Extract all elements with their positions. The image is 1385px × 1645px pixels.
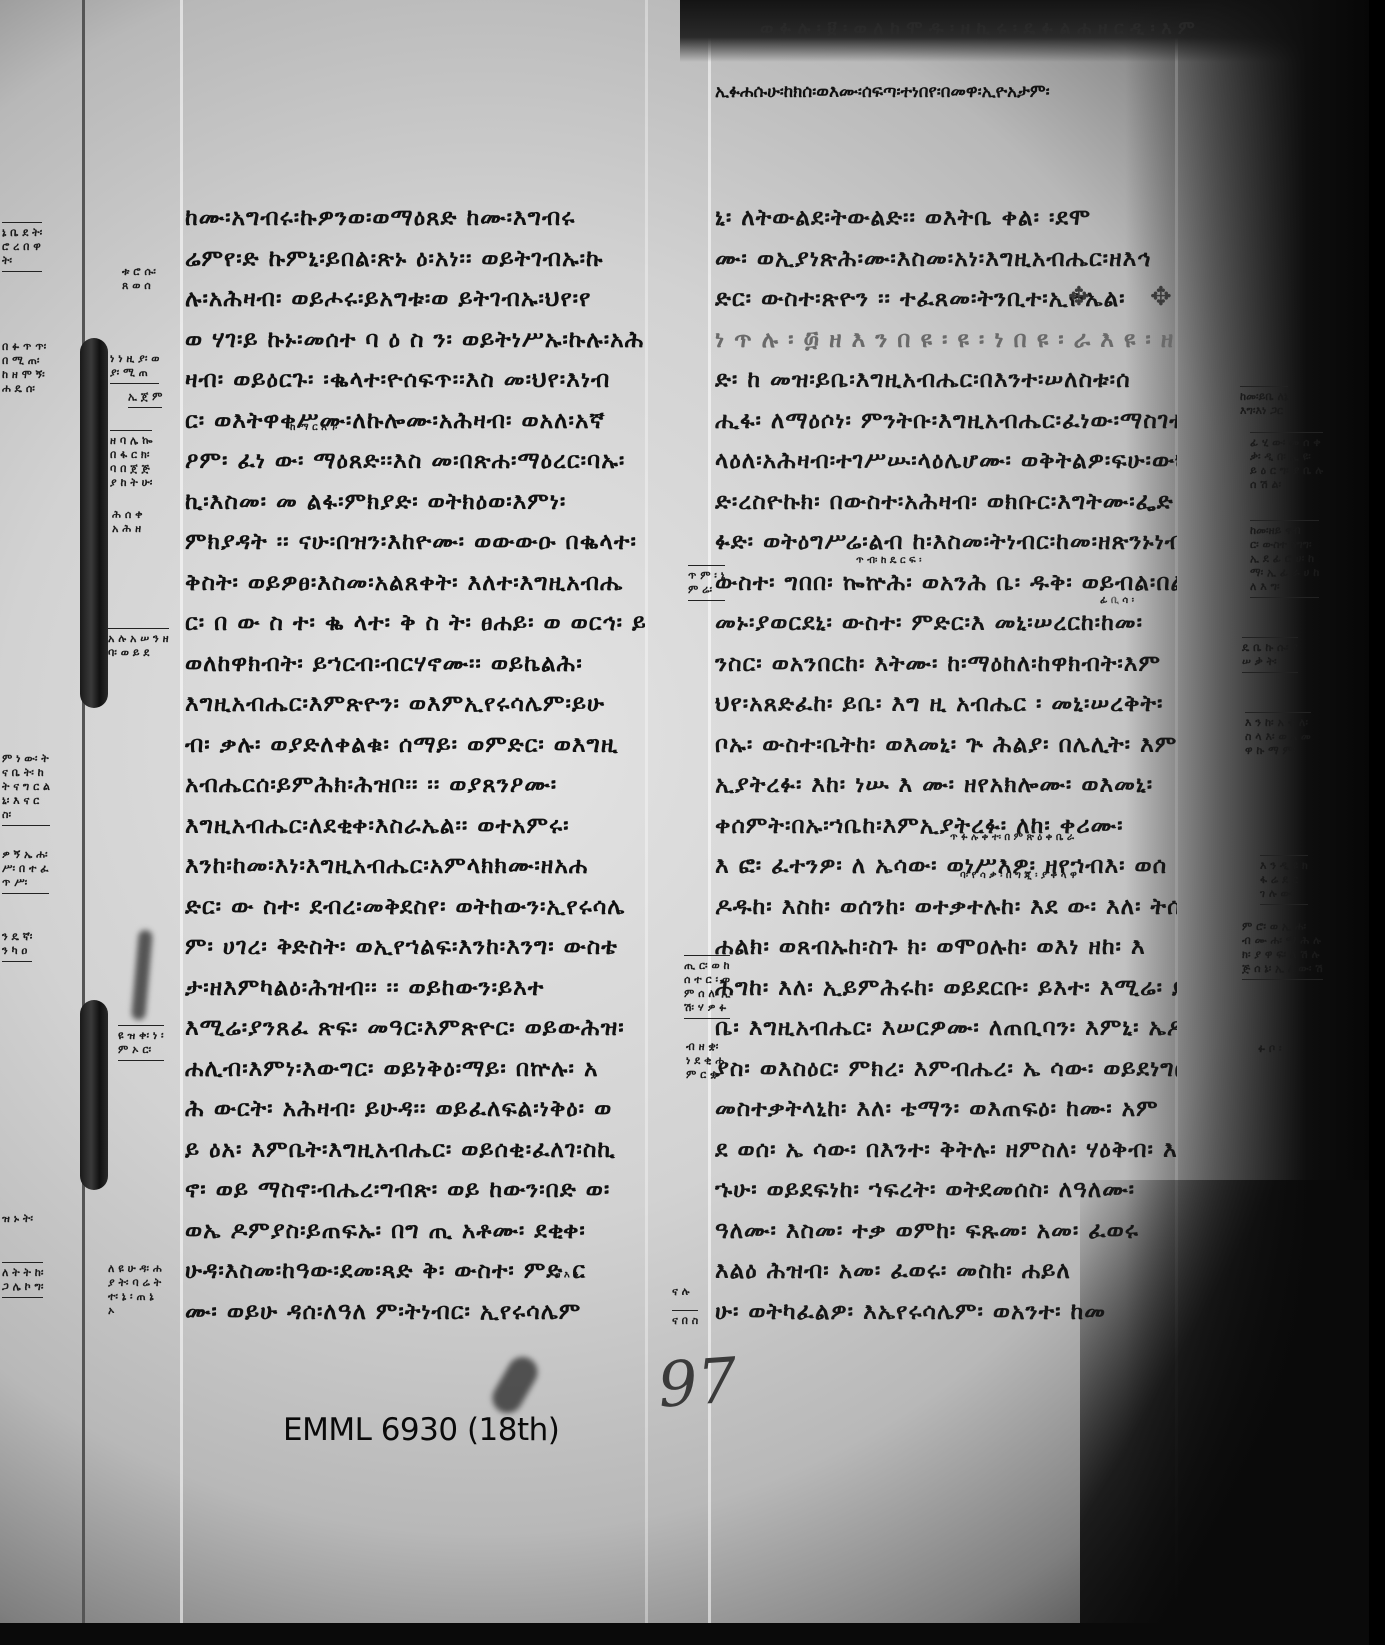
text-line: ድር፡ ው ስተ፡ ደብረ፡መቅደስየ፡ ወትከውን፡ኢየሩሳሌ (185, 887, 645, 928)
ruling-line (645, 0, 648, 1640)
marginal-note: ና በ ስ (672, 1310, 698, 1328)
text-line: ድ፡ ከ መዝ፡ይቤ፡እግዚአብሔር፡በእንተ፡ሠለስቱ፡ሰ (715, 360, 1177, 401)
text-line: ር፡ በ ው ስ ተ፡ ቈ ላተ፡ ቅ ስ ት፡ ፀሐይ፡ ወ ወርኅ፡ ይጸል… (185, 603, 645, 644)
folio-number: 97 (656, 1343, 740, 1421)
marginal-note: ነ ነ ዚ ያ፡ ወ ያ፡ ሚ ጠ (110, 352, 159, 384)
marginal-note: በ ፉ ጥ ጥ፡ በ ሚ ጠ፡ ከ ዘ ሞ ኝ፡ ሐ ዴ ሰ፡ (2, 340, 46, 396)
text-line: ዓለሙ፡ እስመ፡ ተቃ ወምከ፡ ፍጹመ፡ አመ፡ ፈወሩ (715, 1211, 1177, 1252)
text-line: ፉድ፡ ወትዕግሥሬ፡ልብ ከ፡እስመ፡ትነብር፡ከመ፡ዘጽንኑነብር፡ (715, 522, 1177, 563)
interlinear-gloss: ፊ ቢ ሳ ፡ (1100, 595, 1134, 606)
text-line: ሉ፡አሕዛብ፡ ወይሖሩ፡ይአግቱ፡ወ ይትገብኡ፡ህየ፡የ (185, 279, 645, 320)
manuscript-page: ወ ፉ ሉ ፡ ፱ ፡ ወ ለ ከ ሞ ዱ ፡ ዘ ኪ ሩ ፡ ዴ ፉ ል ሐ … (0, 0, 1385, 1645)
text-line: መስተቃትላኒከ፡ እለ፡ ቴማን፡ ወእጠፍዕ፡ ከሙ፡ አም (715, 1089, 1177, 1130)
text-line: ወኤ ዶምያስ፡ይጠፍኡ፡ በግ ጢ አቶሙ፡ ደቂቀ፡ (185, 1211, 645, 1252)
text-line: መኑ፡ያወርደኒ፡ ውስተ፡ ምድር፡እ መኒ፡ሠረርከ፡ከመ፡ (715, 603, 1177, 644)
text-line: ምክያዳት ፡፡ ናሁ፡በዝን፡እከዮሙ፡ ወውውዑ በቈላተ፡ (185, 522, 645, 563)
text-line: ኁሁ፡ ወይደፍነከ፡ ኀፍረት፡ ወትደመሰስ፡ ለዓለሙ፡ (715, 1170, 1177, 1211)
cross-ornament-icon: ✥ (1150, 282, 1172, 312)
marginal-note: ለ ት ት ከ፡ ጋ ሌ ኮ ግ፡ (2, 1262, 43, 1298)
text-line: ኪ፡እስመ፡ መ ልፋ፡ምክያድ፡ ወትክዕወ፡እምነ፡ (185, 482, 645, 523)
ink-stain (487, 1352, 543, 1419)
marginal-note: ከመ፡ዘይ ኖብ ር፡ ውስተ ዕግግ፡ ኢ ደ ፊ ሮ ሀ፡ ከ ማ፡ ኢ ፊ… (1250, 520, 1319, 598)
text-line: ም፡ ሀገረ፡ ቅድስት፡ ወኢየኀልፍ፡እንከ፡እንግ፡ ውስቴ (185, 927, 645, 968)
text-line: እንከ፡ከመ፡እነ፡እግዚአብሔር፡አምላክክሙ፡ዘአሐ (185, 846, 645, 887)
gutter-fold (82, 0, 85, 1640)
text-line: እልዕ ሕዝብ፡ አመ፡ ፈወሩ፡ መስከ፡ ሐይለ (715, 1251, 1177, 1292)
text-line: ሕ ውርት፡ አሕዛብ፡ ይሁዳ፡፡ ወይፈለፍል፡ነቅዕ፡ ወ (185, 1089, 645, 1130)
marginal-note: ፉ ቦ ፡ (1258, 1042, 1282, 1056)
marginal-note: ሕ ሰ ቀ አ ሕ ዘ (112, 508, 143, 536)
interlinear-gloss: ጥ ፉ ሉ ቀ ተ፡ በ ም ጽ ዕ ቀ ቤ ራ (950, 832, 1074, 843)
shelfmark-caption: EMML 6930 (18th) (283, 1412, 559, 1448)
bottom-edge (0, 1623, 1385, 1645)
text-line: አብሔርሰ፡ይምሕክ፡ሕዝቦ፡፡ ፡፡ ወያጸንዖሙ፡ (185, 765, 645, 806)
text-line: እ ፎ፡ ፈተንዎ፡ ለ ኤሳው፡ ወነሥእዎ፡ ዘየኀብእ፡ ወሰ (715, 846, 1177, 887)
text-line: ዶዱከ፡ እስከ፡ ወሰንከ፡ ወተቃተሉከ፡ እደ ው፡ እለ፡ ትሰ (715, 887, 1177, 928)
text-line: ሁ፡ ወትካፈልዎ፡ እኤየሩሳሌም፡ ወአንተ፡ ከመ (715, 1292, 1177, 1333)
marginal-note: ዩ ዝ ቀ፡ ነ ፡ ም ኦ ር፡ (118, 1025, 164, 1061)
text-line: ሐሊብ፡እምነ፡እውግር፡ ወይነቅዕ፡ማይ፡ በኵሉ፡ አ (185, 1049, 645, 1090)
right-edge (1369, 0, 1385, 1645)
text-line: ወለከዋክብት፡ ይኀርብ፡ብርሃኖሙ፡፡ ወይኬልሕ፡ (185, 644, 645, 685)
text-line: ሙ፡ ወይሁ ዳሰ፡ለዓለ ም፡ትነብር፡ ኢየሩሳሌም (185, 1292, 645, 1333)
marginal-note: እ ን ከ፡ አ ቀ ለ፡ ስ ላ እ፡ ወ እ መ ዋ ኩ ማ ም፡ (1245, 712, 1311, 758)
text-line: ሬምየ፡ድ ኩምኒ፡ይበል፡ጽኑ ዕ፡አነ፡፡ ወይትገብኡ፡ኩ (185, 239, 645, 280)
text-line: ይ ዕአ፡ እምቤት፡እግዚአብሔር፡ ወይሰቂ፡ፈለገ፡ስኪ (185, 1130, 645, 1171)
marginal-note: ዝ ኑ ት፡ (2, 1212, 33, 1226)
top-cut-line: ወ ፉ ሉ ፡ ፱ ፡ ወ ለ ከ ሞ ዱ ፡ ዘ ኪ ሩ ፡ ዴ ፉ ል ሐ … (760, 18, 1195, 39)
text-line: ላዕለ፡አሕዛብ፡ተገሥሡ፡ላዕሌሆሙ፡ ወቅትልዎ፡ፍሁ፡ውህ (715, 441, 1177, 482)
marginal-note: ዎ ኝ ኤ ሐ፡ ሥ፡ በ ተ ፈ ጥ ሥ፡ (2, 848, 49, 894)
marginal-note: ም ነ ው፡ ት ና ቤ ት፡ ከ ት ና ግ ር ል ኒ፡ እ ና ር ስ፡ (2, 752, 50, 826)
text-line: ደ ወሰ፡ ኤ ሳው፡ በእንተ፡ ቅትሉ፡ ዘምስለ፡ ሃዕቅብ፡ እ (715, 1130, 1177, 1171)
text-line: ኖ፡ ወይ ማስኖ፡ብሔረ፡ግብጽ፡ ወይ ከውን፡በድ ወ፡ (185, 1170, 645, 1211)
left-text-column: ከሙ፡አግብሩ፡ኩዎንወ፡ወማዕጸድ ከሙ፡እግብሩ ሬምየ፡ድ ኩምኒ፡ይበል… (185, 198, 645, 1332)
binding-stitch (80, 338, 108, 708)
interlinear-gloss: ዐ እ ን (555, 1270, 579, 1281)
marginal-note: ቱ ሮ ሱ፡ ጸ ወ ሰ (122, 265, 156, 293)
cross-ornament-icon: ✥ (1068, 282, 1090, 312)
text-line: ሒፋ፡ ለማዕሶነ፡ ምንትቡ፡እግዚአብሔር፡ፈነው፡ማስገተ፡ (715, 401, 1177, 442)
text-line: ር፡ ወእትዋቀሥሙ፡ለኩሎሙ፡አሕዛብ፡ ወአለ፡አኛ (185, 401, 645, 442)
marginal-note: ዘ ባ ሌ ኰ በ ፋ ር ክ፡ ባ በ ጀ ጅ ያ ከ ት ሁ፡ (110, 430, 152, 490)
marginal-note: ዴ ቤ ኩ ሱ፡ የ ሠ ቃ ት፡ (1242, 637, 1298, 673)
text-line: ብ፡ ቃሉ፡ ወያድለቀልቁ፡ ሰማይ፡ ወምድር፡ ወእግዚ (185, 725, 645, 766)
interlinear-gloss: ባ፡ የ ሳ ቃ ፡ በ ግ ጂ ፡ ያ ቀ ላ ዋ (960, 870, 1077, 881)
marginal-note: ኢ ጀ ም (128, 390, 162, 408)
marginal-note: ን ዴ ኛ፡ ን ካ ዐ (2, 930, 32, 962)
interlinear-gloss: ጥ ብ፡ ከ ዴ ር ፍ ፡ (856, 555, 922, 566)
ruling-line (180, 0, 183, 1640)
marginal-note: ጢ ር፡ ወ ከ ሰ ተ ር ፡ ወ ም ሰ ለ፡ ኢ ሽ፡ ሃ ዎ ፉ (684, 955, 730, 1019)
text-line: ቅስት፡ ወይዎፀ፡እስመ፡አልጸቀት፡ እለተ፡እግዚአብሔ (185, 563, 645, 604)
text-line: ቀሰምት፡በኡ፡ኀቤከ፡እምኢያትረፉ፡ ለከ፡ ቀሪሙ፡ (715, 806, 1177, 847)
faded-rubric-line: ነ ጥ ሉ ፡ ፴ ዘ እ ን በ ዩ ፡ ዩ ፡ ነ በ ዩ ፡ ራ እ ዩ … (715, 320, 1177, 361)
binding-stitch (80, 1000, 108, 1190)
text-line: ታ፡ዘእምካልዕ፡ሕዝብ፡፡ ፡፡ ወይከውን፡ይእተ (185, 968, 645, 1009)
text-line: ከሙ፡አግብሩ፡ኩዎንወ፡ወማዕጸድ ከሙ፡እግብሩ (185, 198, 645, 239)
text-line: ድ፡ረስዮኩክ፡ በውስተ፡አሕዛብ፡ ወክቡር፡እግትሙ፡ፌድ (715, 482, 1177, 523)
text-line: ኒ፡ ለትውልደ፡ትውልድ፡፡ ወእትቤ ቀል፡ ፡ደሞ (715, 198, 1177, 239)
marginal-note: ከመ፡ይቤ ለኔ እግ፡እነ ጋር (1240, 386, 1288, 418)
marginal-note: ም ሮ፡ ወ ኢ ሐ፡ ብ ሙ ሐ፡ ማ ሕ ሉ ክ፡ ያ ዋ ፍ፡ ለ ሽ ሉ… (1242, 920, 1323, 980)
text-line: ሙ፡ ወኢያነጽሕ፡ሙ፡እስመ፡አነ፡እግዚአብሔር፡ዘእኅ (715, 239, 1177, 280)
text-line: ህየ፡አጸድፈከ፡ ይቤ፡ እግ ዚ አብሔር ፡ መኒ፡ሠረቅት፡ (715, 684, 1177, 725)
marginal-note: ጥ ም ፡ ኔ ም ሬ፡ (688, 565, 725, 601)
text-line: ቦኡ፡ ውስተ፡ቤትከ፡ ወእመኒ፡ ጕ ሕልያ፡ በሌሊት፡ እም (715, 725, 1177, 766)
text-line: እግዚአብሔር፡ለደቂቀ፡እስራኤል፡፡ ወተአምሩ፡ (185, 806, 645, 847)
marginal-note: ፊ ሂ ው፡ መ ሰ ቀ ቃ፡ ዲ በ፡ ኢ ዩ፡ ይ ዕ ር ግ፡ ያ ቤ ሉ… (1250, 432, 1323, 492)
text-line: ሕግከ፡ እለ፡ ኢይምሕሩከ፡ ወይደርቡ፡ ይእተ፡ እሚሬ፡ ይ (715, 968, 1177, 1009)
marginal-note: ና ሉ (672, 1285, 690, 1299)
marginal-note: ለ ዩ ሁ ዳ፡ ሐ ያ ት፡ ባ ሬ ት ተ፡ ኔ ፡ ጠ ኔ ኦ (108, 1262, 162, 1318)
interlinear-gloss: ከ ማ ር ጸ ገ፡ (290, 422, 337, 433)
text-line: እግዚአብሔር፡እምጽዮን፡ ወእምኢየሩሳሌም፡ይሁ (185, 684, 645, 725)
text-line: ዛብ፡ ወይዕርጉ፡ ፡ቈላተ፡ዮሰፍጥ፡፡እስ መ፡ህየ፡እነብ (185, 360, 645, 401)
text-line: ወ ሃገ፡ይ ኩኑ፡መሰተ ባ ዕ ስ ን፡ ወይትነሥኡ፡ኩሉ፡አሕ (185, 320, 645, 361)
text-line: ኢያትረፉ፡ እከ፡ ነሡ እ ሙ፡ ዘየአክሎሙ፡ ወእመኒ፡ (715, 765, 1177, 806)
text-line: እሚሬ፡ያንጸፈ ጽፍ፡ መዓር፡እምጽዮር፡ ወይውሕዝ፡ (185, 1008, 645, 1049)
marginal-note: ኔ ቤ ደ ት፡ ሮ ረ በ ዋ ት፡ (2, 222, 42, 272)
text-line: ያስ፡ ወእስዕር፡ ምክረ፡ እምብሔረ፡ ኤ ሳው፡ ወይደነግፁ (715, 1049, 1177, 1090)
text-line: ንስር፡ ወአንበርከ፡ እትሙ፡ ከ፡ማዕከለ፡ከዋክብት፡እም (715, 644, 1177, 685)
text-line: ዖም፡ ፈነ ው፡ ማዕጸድ፡፡እስ መ፡በጽሐ፡ማዕረር፡ባኡ፡ (185, 441, 645, 482)
text-line: ሐልክ፡ ወጸብኡከ፡ስጉ ክ፡ ወሞዐሉከ፡ ወእነ ዘከ፡ እ (715, 927, 1177, 968)
header-note: ኢፉሐሱሁ፡ከክሰ፡ወእሙ፡ሰፍጣ፡ተነበየ፡በመዋ፡ኢዮአታም፡ (715, 82, 1050, 102)
text-line: ቤ፡ እግዚአብሔር፡ እሠርዎሙ፡ ለጠቢባን፡ እምኒ፡ ኤዶም (715, 1008, 1177, 1049)
marginal-note: እ ን ዲ ዩ ክ ፋ ሬ ደ ር ገ ሉ ው፡ (1260, 855, 1308, 905)
text-line: ድር፡ ውስተ፡ጽዮን ፡፡ ተፈጸመ፡ትንቢተ፡ኢዮኤል፡ (715, 279, 1177, 320)
ink-stain (131, 930, 153, 1021)
right-text-column: ኒ፡ ለትውልደ፡ትውልድ፡፡ ወእትቤ ቀል፡ ፡ደሞ ሙ፡ ወኢያነጽሕ፡ሙ… (715, 198, 1177, 1332)
marginal-note: አ ሉ አ ሠ ን ዘ ባ፡ ወ ይ ደ (108, 628, 169, 660)
marginal-note: ብ ዘ ቋ፡ ነ ደ ቂ ሐ ም ር ቋ (686, 1040, 724, 1082)
